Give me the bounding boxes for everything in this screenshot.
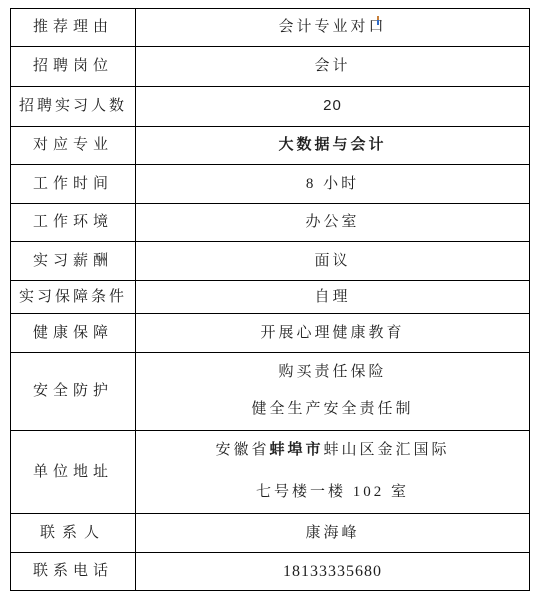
- row-position: 招聘岗位 会计: [11, 47, 530, 87]
- row-label: 实习薪酬: [11, 242, 136, 281]
- row-label: 联系人: [11, 514, 136, 553]
- row-value: 大数据与会计: [136, 127, 530, 165]
- row-salary: 实习薪酬 面议: [11, 242, 530, 281]
- row-value: 面议: [136, 242, 530, 281]
- row-label: 单位地址: [11, 431, 136, 514]
- safety-line-1: 购买责任保险: [136, 363, 529, 382]
- row-label: 推荐理由: [11, 9, 136, 47]
- row-value: 康海峰: [136, 514, 530, 553]
- address-prefix: 安徽省: [215, 442, 269, 458]
- row-contact-phone: 联系电话 18133335680: [11, 553, 530, 591]
- row-recommend-reason: 推荐理由 会计专业对口: [11, 9, 530, 47]
- address-line-1: 安徽省蚌埠市蚌山区金汇国际: [136, 441, 529, 460]
- address-suffix: 蚌山区金汇国际: [324, 442, 450, 458]
- row-value: 办公室: [136, 204, 530, 242]
- row-label: 招聘实习人数: [11, 87, 136, 127]
- row-support-conditions: 实习保障条件 自理: [11, 281, 530, 314]
- row-headcount: 招聘实习人数 20: [11, 87, 530, 127]
- cursor-artifact-bottom: [377, 20, 379, 25]
- row-value: 购买责任保险 健全生产安全责任制: [136, 353, 530, 431]
- row-work-environment: 工作环境 办公室: [11, 204, 530, 242]
- row-value: 会计专业对口: [136, 9, 530, 47]
- row-value: 会计: [136, 47, 530, 87]
- row-safety-protection: 安全防护 购买责任保险 健全生产安全责任制: [11, 353, 530, 431]
- row-value: 开展心理健康教育: [136, 314, 530, 353]
- row-label: 健康保障: [11, 314, 136, 353]
- text-cursor-artifact: [377, 16, 379, 25]
- address-line-2: 七号楼一楼 102 室: [136, 483, 529, 502]
- row-work-hours: 工作时间 8 小时: [11, 165, 530, 204]
- row-health-care: 健康保障 开展心理健康教育: [11, 314, 530, 353]
- row-value: 8 小时: [136, 165, 530, 204]
- row-value: 安徽省蚌埠市蚌山区金汇国际 七号楼一楼 102 室: [136, 431, 530, 514]
- row-label: 工作环境: [11, 204, 136, 242]
- row-major: 对应专业 大数据与会计: [11, 127, 530, 165]
- row-company-address: 单位地址 安徽省蚌埠市蚌山区金汇国际 七号楼一楼 102 室: [11, 431, 530, 514]
- job-info-table: 推荐理由 会计专业对口 招聘岗位 会计 招聘实习人数 20 对应专业 大数据与会…: [10, 8, 530, 591]
- row-label: 对应专业: [11, 127, 136, 165]
- row-value: 自理: [136, 281, 530, 314]
- row-label: 实习保障条件: [11, 281, 136, 314]
- row-value: 18133335680: [136, 553, 530, 591]
- row-label: 招聘岗位: [11, 47, 136, 87]
- row-value: 20: [136, 87, 530, 127]
- row-contact-person: 联系人 康海峰: [11, 514, 530, 553]
- row-label: 安全防护: [11, 353, 136, 431]
- row-label: 联系电话: [11, 553, 136, 591]
- safety-line-2: 健全生产安全责任制: [136, 400, 529, 419]
- document-page: 推荐理由 会计专业对口 招聘岗位 会计 招聘实习人数 20 对应专业 大数据与会…: [0, 0, 541, 603]
- address-city-bold: 蚌埠市: [269, 442, 323, 458]
- row-label: 工作时间: [11, 165, 136, 204]
